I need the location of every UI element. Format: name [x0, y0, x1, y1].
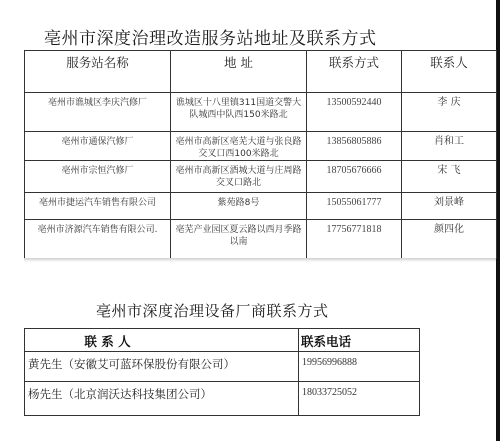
station-name: 亳州市捷运汽车销售有限公司 [25, 193, 171, 220]
station-name: 亳州市通保汽修厂 [25, 132, 171, 161]
station-address: 亳州市高新区酒城大道与庄周路交叉口路北 [171, 161, 307, 193]
vendor-phone: 19956996888 [299, 352, 420, 382]
vendor-contact: 黄先生（安徽艾可蓝环保股份有限公司） [25, 352, 299, 382]
station-address: 紫苑路8号 [171, 193, 307, 220]
column-header-contact: 联系人 [402, 51, 497, 93]
table-header-row: 联 系 人 联系电话 [25, 329, 420, 352]
equipment-vendors-title: 亳州市深度治理设备厂商联系方式 [96, 300, 329, 321]
station-phone: 18705676666 [307, 161, 402, 193]
station-name: 亳州市济源汽车销售有限公司. [25, 220, 171, 259]
service-stations-title: 亳州市深度治理改造服务站地址及联系方式 [44, 24, 377, 49]
station-contact: 颜四化 [402, 220, 497, 259]
vendor-phone: 18033725052 [299, 382, 420, 416]
table-row: 黄先生（安徽艾可蓝环保股份有限公司） 19956996888 [25, 352, 420, 382]
column-header-phone: 联系方式 [307, 51, 402, 93]
station-name: 亳州市宗恒汽修厂 [25, 161, 171, 193]
station-address: 亳芜产业园区夏云路以西月季路以南 [171, 220, 307, 259]
station-phone: 13856805886 [307, 132, 402, 161]
station-contact: 宋 飞 [402, 161, 497, 193]
table-row: 亳州市宗恒汽修厂 亳州市高新区酒城大道与庄周路交叉口路北 18705676666… [25, 161, 497, 193]
column-header-contact: 联 系 人 [25, 329, 299, 352]
station-contact: 李 庆 [402, 93, 497, 132]
table-row: 亳州市捷运汽车销售有限公司 紫苑路8号 15055061777 刘景峰 [25, 193, 497, 220]
table-row: 亳州市通保汽修厂 亳州市高新区亳芜大道与张良路交叉口西100米路北 138568… [25, 132, 497, 161]
table-header-row: 服务站名称 地 址 联系方式 联系人 [25, 51, 497, 93]
table-row: 亳州市谯城区李庆汽修厂 谯城区十八里镇311国道交警大队城西中队西150米路北 … [25, 93, 497, 132]
column-header-station-name: 服务站名称 [25, 51, 171, 93]
station-address: 谯城区十八里镇311国道交警大队城西中队西150米路北 [171, 93, 307, 132]
table-shadow [24, 258, 496, 262]
station-contact: 刘景峰 [402, 193, 497, 220]
station-name: 亳州市谯城区李庆汽修厂 [25, 93, 171, 132]
station-contact: 肖和工 [402, 132, 497, 161]
column-header-address: 地 址 [171, 51, 307, 93]
station-phone: 13500592440 [307, 93, 402, 132]
table-row: 杨先生（北京润沃达科技集团公司） 18033725052 [25, 382, 420, 416]
equipment-vendors-table: 联 系 人 联系电话 黄先生（安徽艾可蓝环保股份有限公司） 1995699688… [24, 328, 420, 416]
station-phone: 15055061777 [307, 193, 402, 220]
vendor-contact: 杨先生（北京润沃达科技集团公司） [25, 382, 299, 416]
column-header-phone: 联系电话 [299, 329, 420, 352]
station-phone: 17756771818 [307, 220, 402, 259]
service-stations-table: 服务站名称 地 址 联系方式 联系人 亳州市谯城区李庆汽修厂 谯城区十八里镇31… [24, 50, 497, 259]
table-row: 亳州市济源汽车销售有限公司. 亳芜产业园区夏云路以西月季路以南 17756771… [25, 220, 497, 259]
station-address: 亳州市高新区亳芜大道与张良路交叉口西100米路北 [171, 132, 307, 161]
